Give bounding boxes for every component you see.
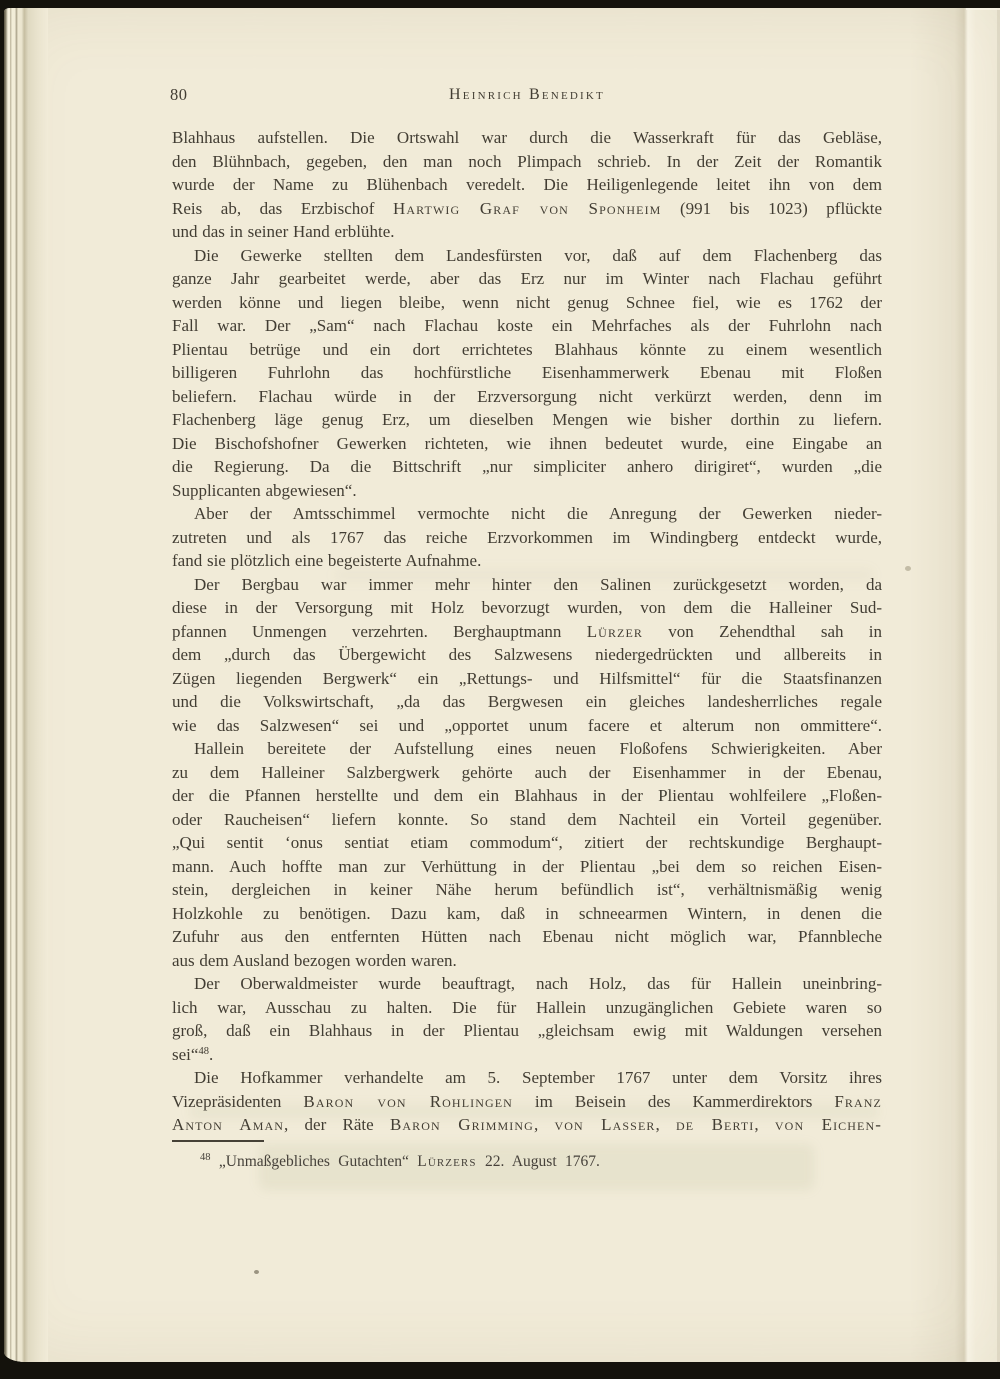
ink-speck (905, 566, 911, 571)
text-line: zu dem Halleiner Salzbergwerk gehörte au… (172, 761, 882, 785)
text-line: billigeren Fuhrlohn das hochfürstliche E… (172, 361, 882, 385)
text-line: Reis ab, das Erzbischof Hartwig Graf von… (172, 197, 882, 221)
text-line: Holzkohle zu benötigen. Dazu kam, daß in… (172, 902, 882, 926)
text-line: ganze Jahr gearbeitet werde, aber das Er… (172, 267, 882, 291)
text-line: lich war, Ausschau zu halten. Die für Ha… (172, 996, 882, 1020)
scan-top-highlight (966, 8, 1000, 10)
small-caps-name: Franz (834, 1092, 882, 1111)
page: 80 Heinrich Benedikt Blahhaus aufstellen… (4, 8, 1000, 1362)
scanned-book-page: { "page": { "number": "80", "running_hea… (0, 0, 1000, 1379)
binding-edge (4, 8, 48, 1362)
text-line: Anton Aman, der Räte Baron Grimming, von… (172, 1113, 882, 1137)
text-line: Plientau betrüge und ein dort errichtete… (172, 338, 882, 362)
text-line: der die Pfannen herstellte und dem ein B… (172, 784, 882, 808)
page-header: 80 Heinrich Benedikt (172, 85, 882, 105)
text-line: Zügen liegenden Bergwerk“ ein „Rettungs-… (172, 667, 882, 691)
text-line: Fall war. Der „Sam“ nach Flachau koste e… (172, 314, 882, 338)
small-caps-name: de Berti (676, 1115, 754, 1134)
running-header: Heinrich Benedikt (172, 85, 882, 105)
text-line: pfannen Unmengen verzehrten. Berghauptma… (172, 620, 882, 644)
body-text: Blahhaus aufstellen. Die Ortswahl war du… (172, 126, 882, 1137)
small-caps-name: Lürzer (587, 622, 643, 641)
ink-speck (254, 1270, 259, 1274)
text-line: Blahhaus aufstellen. Die Ortswahl war du… (172, 126, 882, 150)
text-line: Die Hofkammer verhandelte am 5. Septembe… (172, 1066, 882, 1090)
text-line: wie das Salzwesen“ sei und „opportet unu… (172, 714, 882, 738)
text-line: Der Oberwaldmeister wurde beauftragt, na… (172, 972, 882, 996)
footnote-text: 48 „Unmaßgebliches Gutachten“ Lürzers 22… (172, 1150, 882, 1173)
text-line: und die Volkswirtschaft, „da das Bergwes… (172, 690, 882, 714)
text-line: Supplicanten abgewiesen“. (172, 479, 882, 503)
text-line: stein, dergleichen in keiner Nähe herum … (172, 878, 882, 902)
text-line: fand sie plötzlich eine begeisterte Aufn… (172, 549, 882, 573)
text-line: Aber der Amtsschimmel vermochte nicht di… (172, 502, 882, 526)
text-line: die Regierung. Da die Bittschrift „nur s… (172, 455, 882, 479)
text-line: und das in seiner Hand erblühte. (172, 220, 882, 244)
text-line: Zufuhr aus den entfernten Hütten nach Eb… (172, 925, 882, 949)
text-line: Die Bischofshofner Gewerken richteten, w… (172, 432, 882, 456)
footnote-ref: 48 (198, 1046, 209, 1057)
small-caps-name: Baron Grimming (390, 1115, 534, 1134)
text-line: werden könne und liegen bleibe, wenn nic… (172, 291, 882, 315)
small-caps-name: Anton Aman (172, 1115, 284, 1134)
footnote-rule (172, 1140, 264, 1142)
text-line: groß, daß ein Blahhaus in der Plientau „… (172, 1019, 882, 1043)
small-caps-name: Lürzers (417, 1153, 476, 1170)
small-caps-name: Baron von Rohlingen (303, 1092, 513, 1111)
text-line: Vizepräsidenten Baron von Rohlingen im B… (172, 1090, 882, 1114)
text-line: mann. Auch hoffte man zur Verhüttung in … (172, 855, 882, 879)
text-line: Hallein bereitete der Aufstellung eines … (172, 737, 882, 761)
page-crease (909, 8, 1000, 1362)
text-line: beliefern. Flachau würde in der Erzverso… (172, 385, 882, 409)
small-caps-name: von Eichen- (775, 1115, 882, 1134)
text-line: zutreten und als 1767 das reiche Erzvork… (172, 526, 882, 550)
text-line: sei“48. (172, 1043, 882, 1067)
footnote-marker: 48 (200, 1152, 211, 1163)
text-line: Flachenberg läge genug Erz, um dieselben… (172, 408, 882, 432)
small-caps-name: Hartwig Graf von Sponheim (393, 199, 661, 218)
text-line: diese in der Versorgung mit Holz bevorzu… (172, 596, 882, 620)
text-line: aus dem Ausland bezogen worden waren. (172, 949, 882, 973)
small-caps-name: von Lasser (554, 1115, 655, 1134)
text-line: „Qui sentit ‘onus sentiat etiam commodum… (172, 831, 882, 855)
text-line: Der Bergbau war immer mehr hinter den Sa… (172, 573, 882, 597)
text-line: wurde der Name zu Blühenbach veredelt. D… (172, 173, 882, 197)
text-line: oder Raucheisen“ liefern konnte. So stan… (172, 808, 882, 832)
page-number: 80 (170, 85, 188, 105)
text-line: den Blühnbach, gegeben, den man noch Pli… (172, 150, 882, 174)
text-line: Die Gewerke stellten dem Landesfürsten v… (172, 244, 882, 268)
text-line: dem „durch das Übergewicht des Salzwesen… (172, 643, 882, 667)
